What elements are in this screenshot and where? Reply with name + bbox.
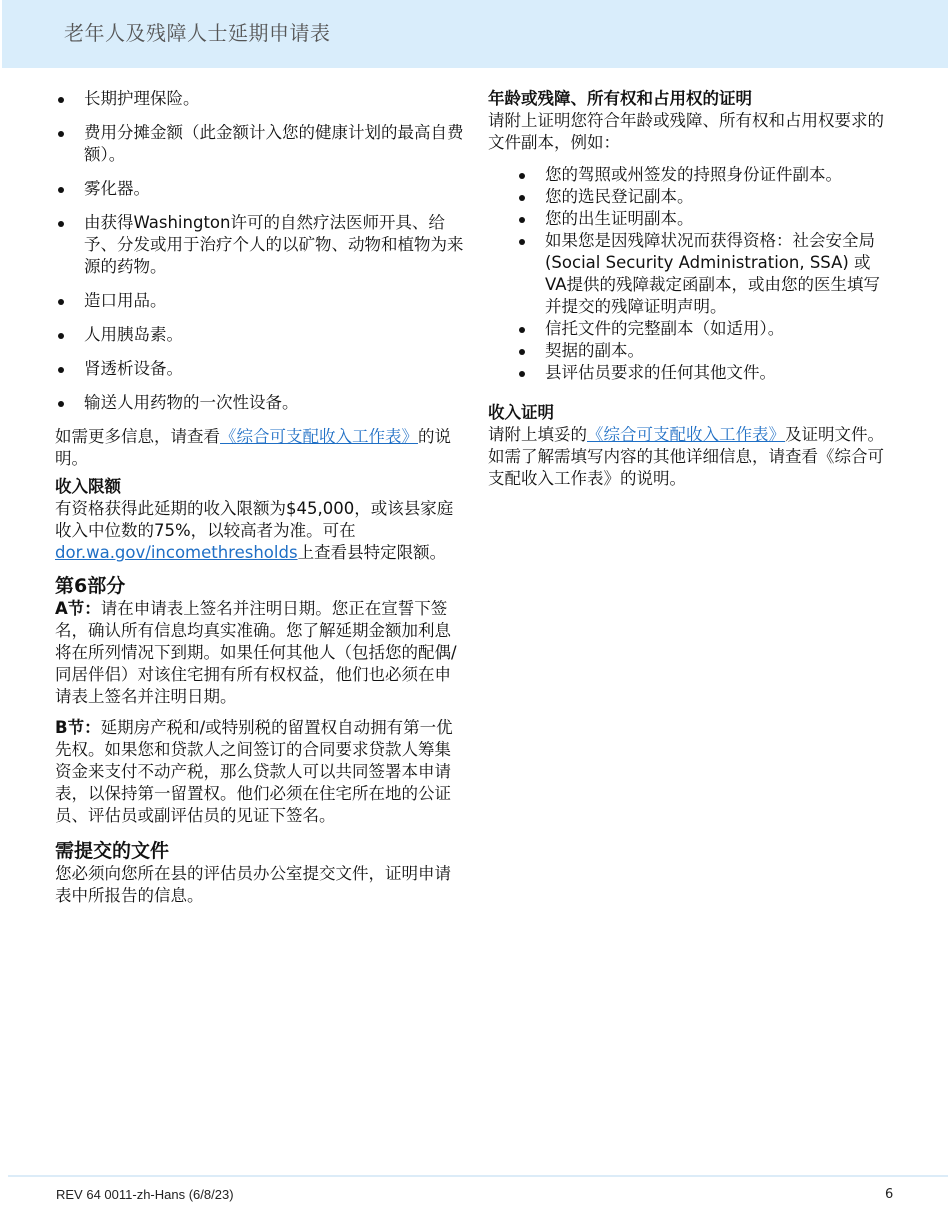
- worksheet-link[interactable]: 《综合可支配收入工作表》: [587, 425, 785, 444]
- footer-divider: [8, 1175, 948, 1177]
- documents-text: 您必须向您所在县的评估员办公室提交文件，证明申请表中所报告的信息。: [55, 863, 465, 907]
- list-item: 肾透析设备。: [55, 358, 465, 380]
- list-item: 长期护理保险。: [55, 88, 465, 110]
- part6-section-b: B节：延期房产税和/或特别税的留置权自动拥有第一优先权。如果您和贷款人之间签订的…: [55, 717, 465, 827]
- page-header: 老年人及残障人士延期申请表: [2, 0, 948, 68]
- income-proof-heading: 收入证明: [488, 402, 888, 424]
- left-column: 长期护理保险。 费用分摊金额（此金额计入您的健康计划的最高自费额）。 雾化器。 …: [55, 88, 465, 907]
- right-column: 年龄或残障、所有权和占用权的证明 请附上证明您符合年龄或残障、所有权和占用权要求…: [488, 88, 888, 490]
- part6-section-a: A节：请在申请表上签名并注明日期。您正在宣誓下签名，确认所有信息均真实准确。您了…: [55, 598, 465, 708]
- list-item: 您的出生证明副本。: [516, 208, 888, 230]
- documents-heading: 需提交的文件: [55, 839, 465, 863]
- list-item: 如果您是因残障状况而获得资格：社会安全局 (Social Security Ad…: [516, 230, 888, 318]
- proof-heading: 年龄或残障、所有权和占用权的证明: [488, 88, 888, 110]
- more-info-text: 如需更多信息，请查看《综合可支配收入工作表》的说明。: [55, 426, 465, 470]
- list-item: 输送人用药物的一次性设备。: [55, 392, 465, 414]
- proof-documents-list: 您的驾照或州签发的持照身份证件副本。 您的选民登记副本。 您的出生证明副本。 如…: [488, 164, 888, 384]
- list-item: 您的选民登记副本。: [516, 186, 888, 208]
- worksheet-link[interactable]: 《综合可支配收入工作表》: [220, 427, 418, 446]
- list-item: 由获得Washington许可的自然疗法医师开具、给予、分发或用于治疗个人的以矿…: [55, 212, 465, 278]
- list-item: 雾化器。: [55, 178, 465, 200]
- proof-text: 请附上证明您符合年龄或残障、所有权和占用权要求的文件副本，例如：: [488, 110, 888, 154]
- list-item: 信托文件的完整副本（如适用）。: [516, 318, 888, 340]
- list-item: 县评估员要求的任何其他文件。: [516, 362, 888, 384]
- list-item: 费用分摊金额（此金额计入您的健康计划的最高自费额）。: [55, 122, 465, 166]
- income-proof-text: 请附上填妥的《综合可支配收入工作表》及证明文件。如需了解需填写内容的其他详细信息…: [488, 424, 888, 490]
- form-title: 老年人及残障人士延期申请表: [64, 17, 331, 46]
- list-item: 您的驾照或州签发的持照身份证件副本。: [516, 164, 888, 186]
- income-limit-heading: 收入限额: [55, 476, 465, 498]
- list-item: 造口用品。: [55, 290, 465, 312]
- part6-heading: 第6部分: [55, 574, 465, 598]
- page-number: 6: [885, 1187, 893, 1202]
- deductible-expenses-list: 长期护理保险。 费用分摊金额（此金额计入您的健康计划的最高自费额）。 雾化器。 …: [55, 88, 465, 414]
- list-item: 人用胰岛素。: [55, 324, 465, 346]
- income-thresholds-link[interactable]: dor.wa.gov/incomethresholds: [55, 543, 298, 562]
- income-limit-text: 有资格获得此延期的收入限额为$45,000，或该县家庭收入中位数的75%，以较高…: [55, 498, 465, 564]
- form-id: REV 64 0011-zh-Hans (6/8/23): [56, 1187, 234, 1202]
- list-item: 契据的副本。: [516, 340, 888, 362]
